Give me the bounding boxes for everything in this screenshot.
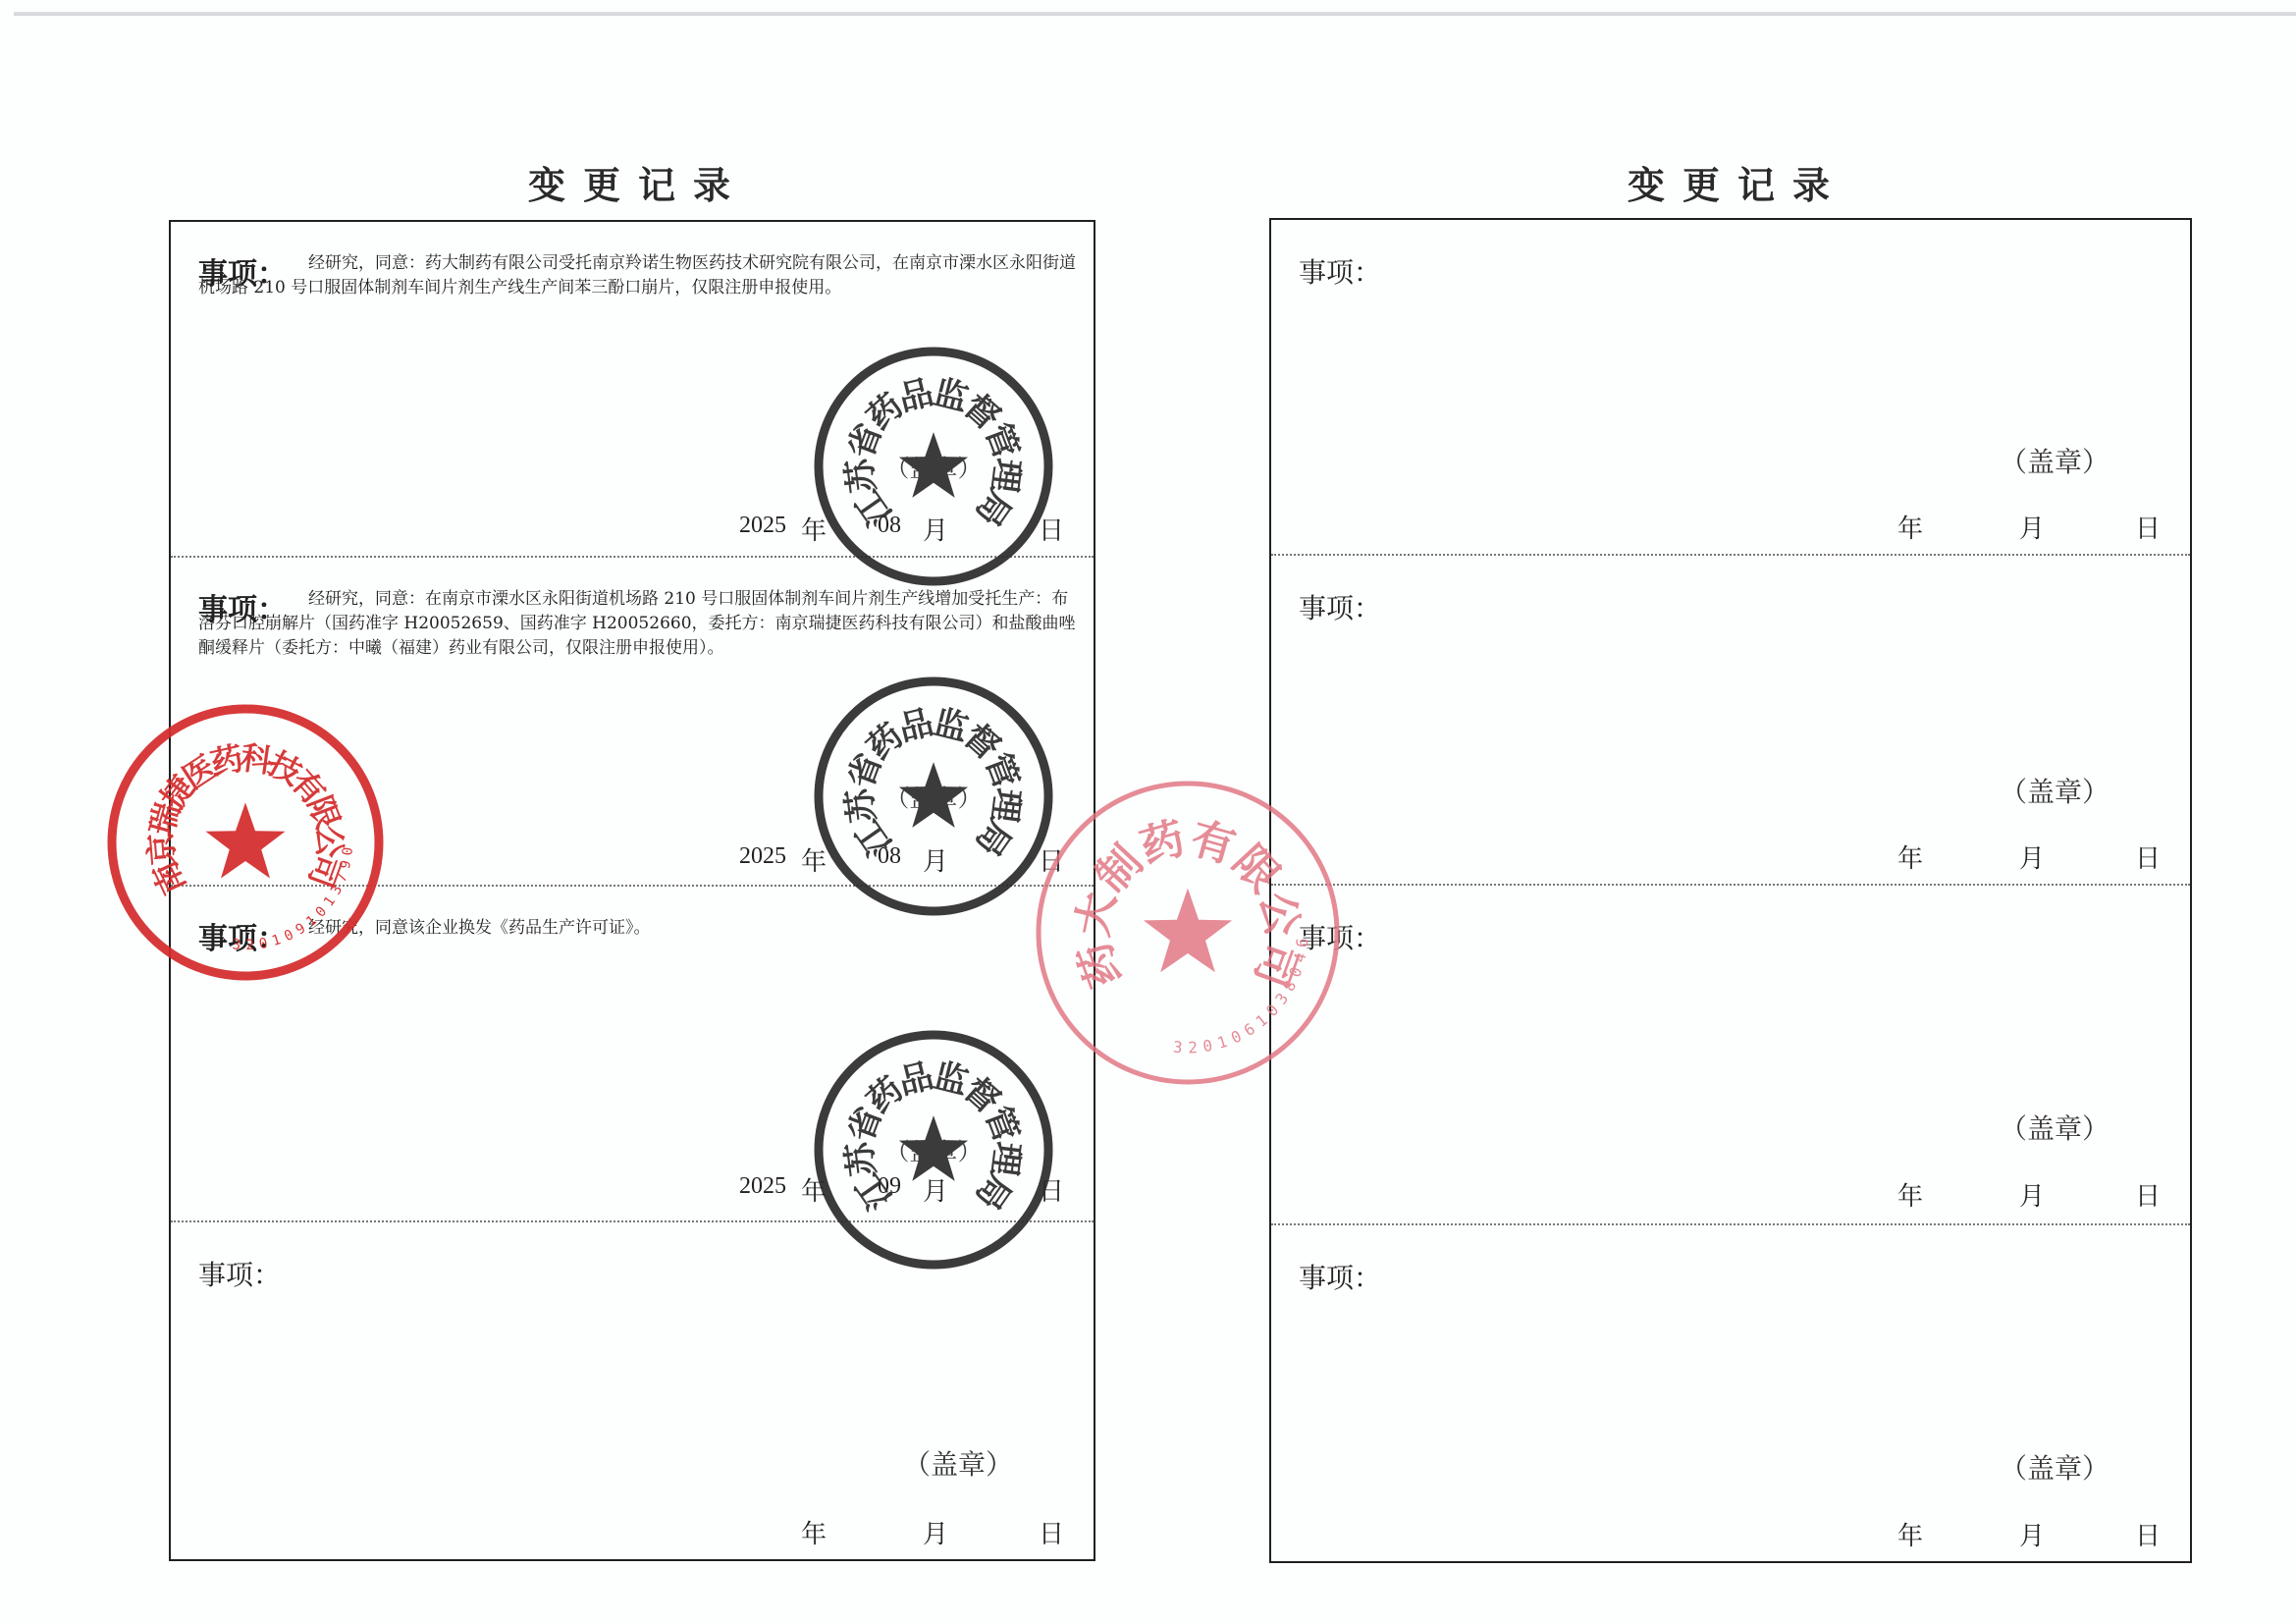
date-year-label: 年 [1897, 1176, 1923, 1213]
entry-date: 2025 年 09 月 日 [171, 1171, 1094, 1207]
date-month-label: 月 [2019, 1516, 2045, 1552]
svg-text:6: 6 [1241, 1019, 1258, 1040]
change-entry-3: 事项： 经研究，同意该企业换发《药品生产许可证》。 2025 年 09 月 日 [171, 887, 1094, 1222]
date-day-label: 日 [1039, 1514, 1064, 1550]
item-text: 经研究，同意该企业换发《药品生产许可证》。 [198, 916, 1084, 941]
date-year-label: 年 [1897, 839, 1923, 875]
entry-date: 2025 年 08 月 日 [171, 841, 1094, 877]
seal-placeholder: （盖章） [2000, 1447, 2109, 1487]
svg-text:1: 1 [1252, 1010, 1271, 1031]
entry-date: 2025 年 08 月 日 [171, 511, 1094, 546]
page-title-right: 变更记录 [1541, 155, 1934, 209]
entry-date: 年 月 日 [1271, 839, 2190, 874]
seal-placeholder: （盖章） [2000, 441, 2109, 480]
date-year-label: 年 [801, 511, 827, 547]
date-day-label: 日 [2135, 1176, 2161, 1213]
date-month-value: 08 [878, 843, 901, 870]
date-year-value: 2025 [739, 843, 786, 870]
date-year-label: 年 [1897, 1516, 1923, 1552]
change-entry-6: 事项： （盖章） 年 月 日 [1271, 556, 2190, 886]
date-year-value: 2025 [739, 1173, 786, 1200]
change-entry-1: 事项： 经研究，同意：药大制药有限公司受托南京羚诺生物医药技术研究院有限公司，在… [171, 222, 1094, 558]
date-year-label: 年 [801, 1514, 827, 1550]
date-month-label: 月 [923, 841, 948, 878]
seal-placeholder: （盖章） [2000, 771, 2109, 810]
change-record-panel-right: 事项： （盖章） 年 月 日 事项： （盖章） 年 月 日 事项： （盖章） 年… [1269, 218, 2192, 1563]
seal-placeholder: （盖章） [2000, 1108, 2109, 1147]
svg-text:3: 3 [1172, 1038, 1183, 1057]
entry-date: 年 月 日 [171, 1514, 1094, 1549]
entry-date: 年 月 日 [1271, 1516, 2190, 1551]
date-day-label: 日 [1039, 841, 1064, 878]
date-month-label: 月 [2019, 839, 2045, 875]
date-day-label: 日 [1039, 511, 1064, 547]
date-day-label: 日 [2135, 509, 2161, 545]
svg-text:有: 有 [1185, 813, 1240, 873]
item-text: 经研究，同意：药大制药有限公司受托南京羚诺生物医药技术研究院有限公司，在南京市溧… [198, 251, 1084, 300]
svg-text:1: 1 [1215, 1032, 1230, 1053]
item-label: 事项： [198, 1254, 281, 1293]
date-year-label: 年 [801, 841, 827, 878]
seal-placeholder: （盖章） [903, 1443, 1013, 1483]
entry-date: 年 月 日 [1271, 509, 2190, 544]
entry-date: 年 月 日 [1271, 1176, 2190, 1212]
svg-text:2: 2 [1188, 1038, 1198, 1056]
item-label: 事项： [1299, 1257, 1381, 1296]
date-month-value: 09 [878, 1173, 901, 1200]
change-entry-8: 事项： （盖章） 年 月 日 [1271, 1225, 2190, 1563]
svg-text:0: 0 [1228, 1026, 1245, 1047]
date-month-label: 月 [923, 511, 948, 547]
date-year-label: 年 [801, 1171, 827, 1208]
change-record-panel-left: 事项： 经研究，同意：药大制药有限公司受托南京羚诺生物医药技术研究院有限公司，在… [169, 220, 1095, 1561]
date-year-value: 2025 [739, 513, 786, 539]
scan-edge [14, 12, 2296, 16]
date-month-label: 月 [2019, 509, 2045, 545]
change-entry-5: 事项： （盖章） 年 月 日 [1271, 220, 2190, 556]
item-label: 事项： [1299, 917, 1381, 956]
item-text: 经研究，同意：在南京市溧水区永阳街道机场路 210 号口服固体制剂车间片剂生产线… [198, 587, 1084, 661]
page-title-left: 变更记录 [442, 155, 834, 209]
date-month-label: 月 [923, 1171, 948, 1208]
date-month-label: 月 [923, 1514, 948, 1550]
change-entry-4: 事项： （盖章） 年 月 日 [171, 1222, 1094, 1561]
date-day-label: 日 [2135, 1516, 2161, 1552]
date-day-label: 日 [2135, 839, 2161, 875]
date-month-label: 月 [2019, 1176, 2045, 1213]
date-year-label: 年 [1897, 509, 1923, 545]
date-month-value: 08 [878, 513, 901, 539]
svg-text:药: 药 [1135, 813, 1190, 873]
change-entry-7: 事项： （盖章） 年 月 日 [1271, 886, 2190, 1225]
svg-text:0: 0 [1201, 1036, 1214, 1056]
item-label: 事项： [1299, 251, 1381, 291]
change-entry-2: 事项： 经研究，同意：在南京市溧水区永阳街道机场路 210 号口服固体制剂车间片… [171, 558, 1094, 887]
item-label: 事项： [1299, 587, 1381, 626]
date-day-label: 日 [1039, 1171, 1064, 1208]
svg-text:制: 制 [1087, 837, 1152, 902]
